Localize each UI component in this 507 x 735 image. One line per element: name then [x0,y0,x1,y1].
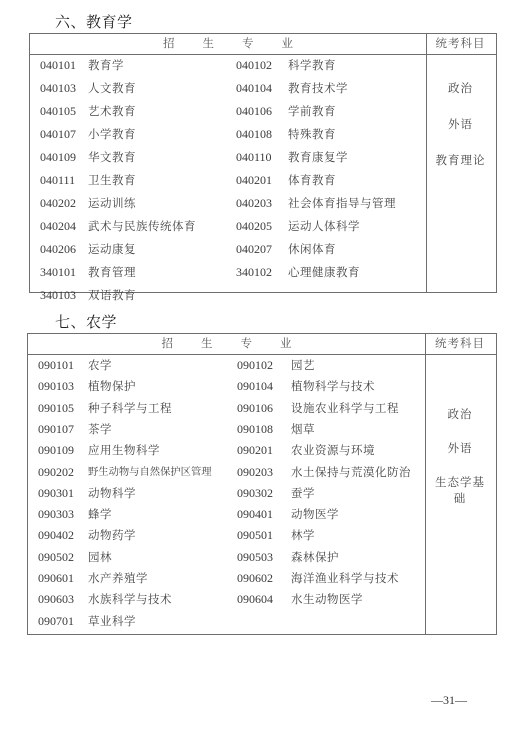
section-title-education: 六、教育学 [55,11,133,32]
major-name: 学前教育 [288,100,336,123]
major-code: 040206 [40,238,76,261]
table-row: 040107小学教育040108特殊教育 [30,123,426,146]
major-code: 090104 [237,375,273,398]
major-name: 华文教育 [88,146,136,169]
major-code: 040204 [40,215,76,238]
table-row: 090107茶学090108烟草 [28,418,425,441]
major-code: 090602 [237,567,273,590]
major-name: 体育教育 [288,169,336,192]
table-row: 090402动物药学090501林学 [28,524,425,547]
subject-politics: 政治 [425,80,496,96]
major-code: 040109 [40,146,76,169]
header-char: 招 [162,334,174,353]
table-row: 090103植物保护090104植物科学与技术 [28,375,425,398]
major-code: 090501 [237,524,273,547]
major-name: 运动人体科学 [288,215,360,238]
header-char: 招 [163,34,175,53]
major-name: 心理健康教育 [288,261,360,284]
major-code: 090701 [38,610,74,633]
major-name: 林学 [291,524,315,547]
exam-subjects: 政治 外语 教育理论 [425,80,496,168]
major-name: 园林 [88,546,112,569]
major-code: 340103 [40,284,76,307]
major-code: 040106 [236,100,272,123]
major-code: 040111 [40,169,75,192]
table-row: 090301动物科学090302蚕学 [28,482,425,505]
major-code: 090102 [237,354,273,377]
exam-subjects: 政治 外语 生态学基础 [424,406,496,506]
major-name: 运动训练 [88,192,136,215]
major-code: 040108 [236,123,272,146]
header-exam-subjects: 统考科目 [424,334,496,353]
major-code: 090503 [237,546,273,569]
table-row: 040101教育学040102科学教育 [30,54,426,77]
page-number: —31— [431,693,467,708]
major-name: 蚕学 [291,482,315,505]
table-row: 090109应用生物科学090201农业资源与环境 [28,439,425,462]
major-code: 090601 [38,567,74,590]
major-code: 090105 [38,397,74,420]
major-name: 科学教育 [288,54,336,77]
subject-ecology-basics: 生态学基础 [435,474,485,506]
table-row: 090502园林090503森林保护 [28,546,425,569]
major-name: 特殊教育 [288,123,336,146]
header-exam-subjects: 统考科目 [425,34,496,53]
table-row: 090105种子科学与工程090106设施农业科学与工程 [28,397,425,420]
table-row: 090701草业科学 [28,610,425,633]
major-name: 小学教育 [88,123,136,146]
major-code: 090203 [237,461,273,484]
table-row: 040204武术与民族传统体育040205运动人体科学 [30,215,426,238]
header-char: 业 [282,34,294,53]
major-name: 水产养殖学 [88,567,148,590]
header-char: 专 [241,334,253,353]
major-name: 水土保持与荒漠化防治 [291,461,411,484]
education-majors-table: 招生专业 统考科目 040101教育学040102科学教育040103人文教育0… [29,33,497,293]
major-name: 烟草 [291,418,315,441]
header-char: 生 [203,34,215,53]
major-code: 090603 [38,588,74,611]
major-name: 动物科学 [88,482,136,505]
major-code: 340101 [40,261,76,284]
major-name: 教育康复学 [288,146,348,169]
table-row: 090202野生动物与自然保护区管理090203水土保持与荒漠化防治 [28,461,425,484]
major-code: 090402 [38,524,74,547]
major-code: 090401 [237,503,273,526]
major-code: 040102 [236,54,272,77]
major-code: 090303 [38,503,74,526]
major-code: 040101 [40,54,76,77]
major-name: 农业资源与环境 [291,439,375,462]
major-name: 茶学 [88,418,112,441]
major-code: 090103 [38,375,74,398]
major-code: 040104 [236,77,272,100]
table-row: 090601水产养殖学090602海洋渔业科学与技术 [28,567,425,590]
major-code: 040105 [40,100,76,123]
major-code: 040110 [236,146,272,169]
section-title-agriculture: 七、农学 [55,311,117,332]
major-code: 040103 [40,77,76,100]
table-row: 040103人文教育040104教育技术学 [30,77,426,100]
major-name: 设施农业科学与工程 [291,397,399,420]
major-code: 090202 [38,461,74,484]
major-name: 植物保护 [88,375,136,398]
header-majors: 招生专业 [30,34,426,53]
major-name: 植物科学与技术 [291,375,375,398]
major-name: 动物药学 [88,524,136,547]
major-name: 教育学 [88,54,124,77]
table-row: 090603水族科学与技术090604水生动物医学 [28,588,425,611]
major-code: 340102 [236,261,272,284]
major-code: 040107 [40,123,76,146]
major-code: 090302 [237,482,273,505]
major-name: 农学 [88,354,112,377]
major-name: 艺术教育 [88,100,136,123]
major-code: 090604 [237,588,273,611]
major-name: 武术与民族传统体育 [88,215,196,238]
header-char: 专 [242,34,254,53]
major-name: 野生动物与自然保护区管理 [88,461,212,484]
major-name: 卫生教育 [88,169,136,192]
header-majors: 招生专业 [28,334,425,353]
table-row: 090303蜂学090401动物医学 [28,503,425,526]
major-name: 人文教育 [88,77,136,100]
major-name: 水族科学与技术 [88,588,172,611]
major-name: 教育技术学 [288,77,348,100]
major-code: 090107 [38,418,74,441]
major-name: 水生动物医学 [291,588,363,611]
major-code: 090201 [237,439,273,462]
major-name: 双语教育 [88,284,136,307]
major-code: 090101 [38,354,74,377]
major-name: 动物医学 [291,503,339,526]
major-code: 040205 [236,215,272,238]
major-name: 蜂学 [88,503,112,526]
major-code: 040207 [236,238,272,261]
table-row: 040202运动训练040203社会体育指导与管理 [30,192,426,215]
header-char: 生 [201,334,213,353]
major-name: 森林保护 [291,546,339,569]
table-row: 340101教育管理340102心理健康教育 [30,261,426,284]
major-name: 园艺 [291,354,315,377]
major-code: 090106 [237,397,273,420]
major-code: 090502 [38,546,74,569]
major-name: 社会体育指导与管理 [288,192,396,215]
major-code: 090109 [38,439,74,462]
major-code: 040202 [40,192,76,215]
major-code: 090301 [38,482,74,505]
table-row: 340103双语教育 [30,284,426,307]
major-name: 应用生物科学 [88,439,160,462]
table-row: 040109华文教育040110教育康复学 [30,146,426,169]
major-name: 种子科学与工程 [88,397,172,420]
table-row: 040206运动康复040207休闲体育 [30,238,426,261]
major-code: 040201 [236,169,272,192]
subject-politics: 政治 [424,406,496,422]
table-row: 040105艺术教育040106学前教育 [30,100,426,123]
agriculture-majors-table: 招生专业 统考科目 090101农学090102园艺090103植物保护0901… [27,333,497,635]
subject-foreign-language: 外语 [425,116,496,132]
subject-foreign-language: 外语 [424,440,496,456]
header-char: 业 [280,334,292,353]
major-code: 040203 [236,192,272,215]
major-name: 运动康复 [88,238,136,261]
major-code: 090108 [237,418,273,441]
major-name: 休闲体育 [288,238,336,261]
major-name: 草业科学 [88,610,136,633]
table-row: 040111卫生教育040201体育教育 [30,169,426,192]
subject-education-theory: 教育理论 [425,152,496,168]
major-name: 教育管理 [88,261,136,284]
table-row: 090101农学090102园艺 [28,354,425,377]
major-name: 海洋渔业科学与技术 [291,567,399,590]
